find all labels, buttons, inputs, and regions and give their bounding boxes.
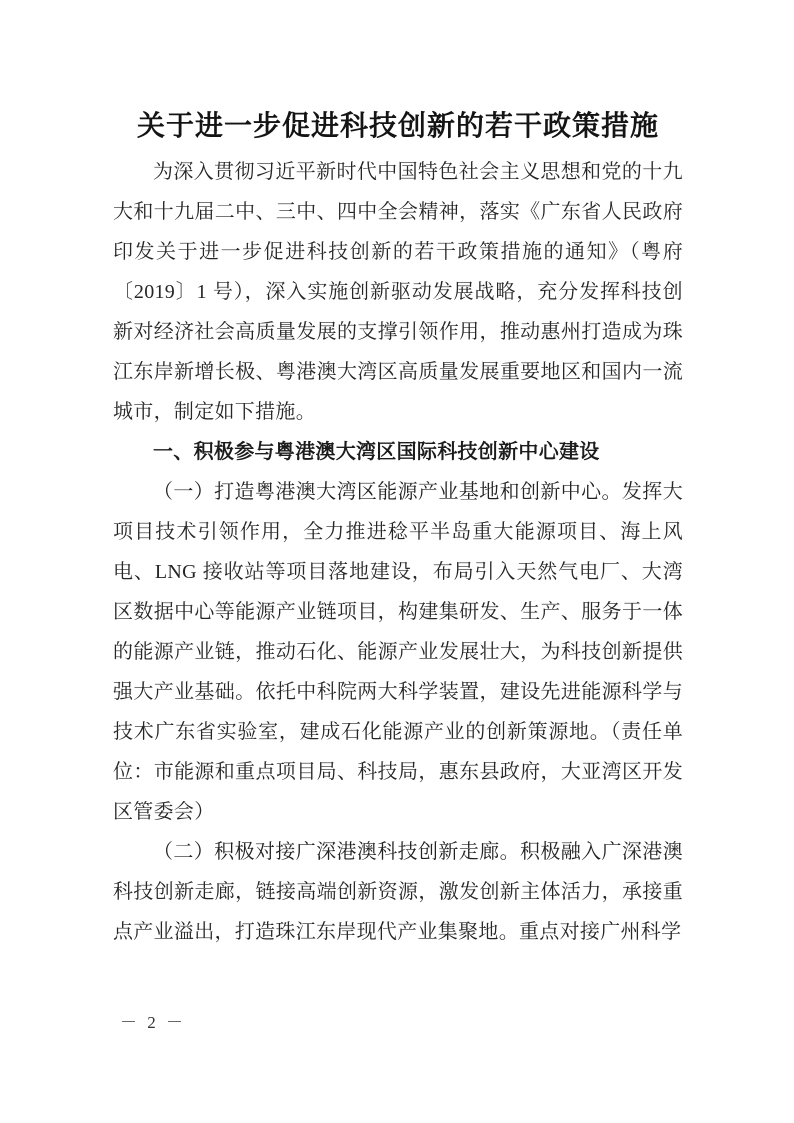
- policy-item-2: （二）积极对接广深港澳科技创新走廊。积极融入广深港澳科技创新走廊，链接高端创新资…: [113, 832, 683, 952]
- policy-item-1-text: 发挥大项目技术引领作用，全力推进稔平半岛重大能源项目、海上风电、LNG 接收站等…: [113, 481, 683, 823]
- section-heading-1: 一、积极参与粤港澳大湾区国际科技创新中心建设: [113, 432, 683, 472]
- policy-item-2-lead: （二）积极对接广深港澳科技创新走廊。: [153, 841, 520, 863]
- page-number: － 2 －: [120, 1008, 186, 1038]
- intro-paragraph: 为深入贯彻习近平新时代中国特色社会主义思想和党的十九大和十九届二中、三中、四中全…: [113, 152, 683, 432]
- policy-item-1: （一）打造粤港澳大湾区能源产业基地和创新中心。发挥大项目技术引领作用，全力推进稔…: [113, 472, 683, 832]
- document-page: 关于进一步促进科技创新的若干政策措施 为深入贯彻习近平新时代中国特色社会主义思想…: [0, 0, 794, 1123]
- document-title: 关于进一步促进科技创新的若干政策措施: [113, 102, 683, 152]
- policy-item-1-lead: （一）打造粤港澳大湾区能源产业基地和创新中心。: [153, 481, 622, 503]
- document-content: 关于进一步促进科技创新的若干政策措施 为深入贯彻习近平新时代中国特色社会主义思想…: [113, 0, 683, 952]
